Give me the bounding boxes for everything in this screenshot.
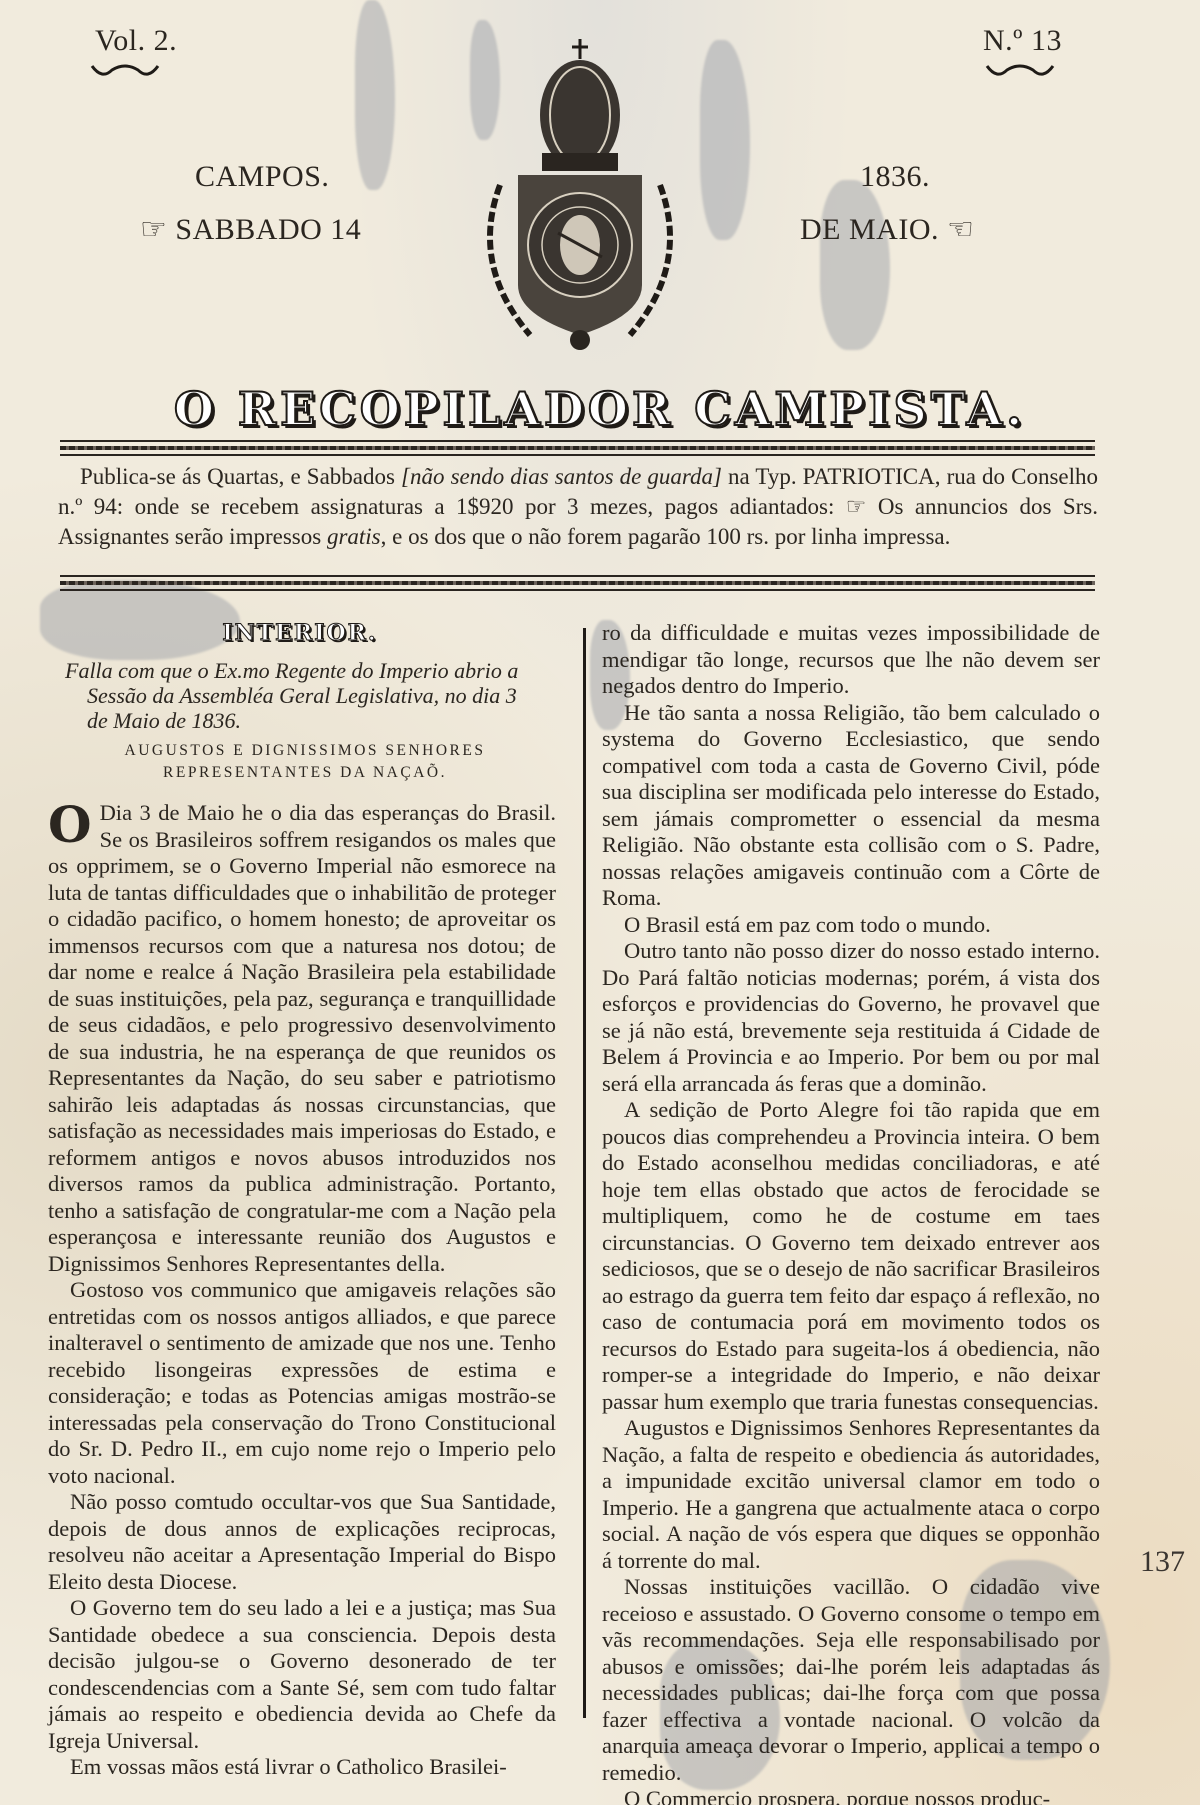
imperial-coat-of-arms-icon (460, 35, 700, 355)
year-label: 1836. (860, 160, 930, 194)
notice-rule (60, 575, 1095, 595)
right-column: ro da difficuldade e muitas vezes imposs… (602, 620, 1100, 1805)
article-paragraph: He tão santa a nossa Religião, tão bem c… (602, 700, 1100, 912)
article-paragraph: O Governo tem do seu lado a lei e a just… (48, 1595, 556, 1754)
pointing-hand-icon: ☞ (140, 213, 167, 246)
article-paragraph: Outro tanto não posso dizer do nosso est… (602, 938, 1100, 1097)
publication-notice: Publica-se ás Quartas, e Sabbados [não s… (58, 462, 1098, 552)
date-day: ☞ SABBADO 14 (140, 212, 361, 247)
column-divider (583, 628, 586, 1718)
water-stain (700, 40, 750, 240)
left-column: ODia 3 de Maio he o dia das esperanças d… (48, 800, 556, 1781)
article-paragraph: ODia 3 de Maio he o dia das esperanças d… (48, 800, 556, 1277)
water-stain (820, 180, 890, 350)
article-paragraph: Augustos e Dignissimos Senhores Represen… (602, 1415, 1100, 1574)
article-paragraph: Em vossas mãos está livrar o Catholico B… (48, 1754, 556, 1781)
section-heading: INTERIOR. (150, 620, 450, 646)
article-paragraph: O Brasil está em paz com todo o mundo. (602, 912, 1100, 939)
title-rule (60, 440, 1095, 460)
article-paragraph: Não posso comtudo occultar-vos que Sua S… (48, 1489, 556, 1595)
volume-label: Vol. 2. (95, 24, 177, 58)
date-month: DE MAIO. ☜ (800, 212, 974, 247)
speech-address: AUGUSTOS E DIGNISSIMOS SENHORES REPRESEN… (60, 740, 550, 784)
place-label: CAMPOS. (195, 160, 329, 194)
article-paragraph: ro da difficuldade e muitas vezes imposs… (602, 620, 1100, 700)
article-paragraph: Nossas instituições vacillão. O cidadão … (602, 1574, 1100, 1786)
water-stain (355, 0, 395, 190)
article-paragraph: A sedição de Porto Alegre foi tão rapida… (602, 1097, 1100, 1415)
speech-subtitle: Falla com que o Ex.mo Regente do Imperio… (65, 658, 545, 733)
drop-cap: O (48, 804, 92, 846)
issue-number: N.º 13 (983, 24, 1062, 58)
flourish-icon (90, 62, 160, 80)
handwritten-page-number: 137 (1140, 1545, 1185, 1579)
pointing-hand-icon: ☜ (947, 213, 974, 246)
flourish-icon (985, 62, 1055, 80)
article-paragraph: Gostoso vos communico que amigaveis rela… (48, 1277, 556, 1489)
article-paragraph: O Commercio prospera, porque nossos prod… (602, 1786, 1100, 1805)
newspaper-title: O RECOPILADOR CAMPISTA. (0, 382, 1200, 436)
